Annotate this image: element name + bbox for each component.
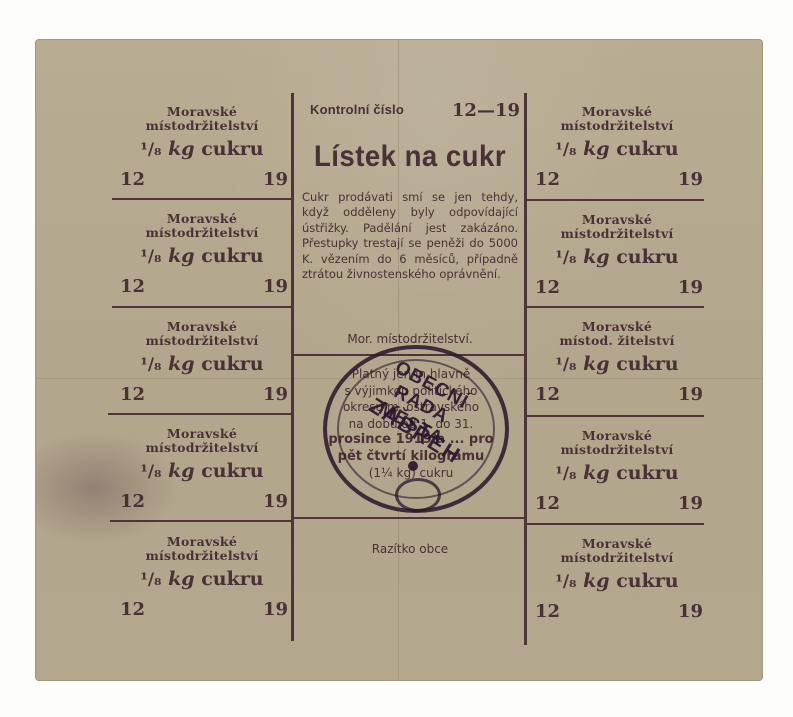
coupon-issuer-line2: místodržitelství [112, 333, 292, 348]
coupon-issuer-line2: místodržitelství [527, 118, 707, 133]
coupon-amount: ¹/₈ kg cukru [527, 138, 707, 160]
coupon-left-1[interactable]: Moravské místodržitelství ¹/₈ kg cukru 1… [112, 94, 292, 200]
card-title: Lístek na cukr [305, 140, 515, 174]
coupon-left-4[interactable]: Moravské místodržitelství ¹/₈ kg cukru 1… [112, 416, 292, 522]
coupon-issuer-line2: místodržitelství [112, 440, 292, 455]
coupon-number-right: 19 [678, 277, 703, 298]
coupon-issuer-line2: místodržitelství [112, 548, 292, 563]
coupon-number-right: 19 [678, 384, 703, 405]
coupon-issuer-line1: Moravské [112, 319, 292, 334]
coupon-amount: ¹/₈ kg cukru [112, 353, 292, 375]
control-number: 12—19 [452, 100, 520, 121]
coupon-amount: ¹/₈ kg cukru [112, 460, 292, 482]
coupon-left-3[interactable]: Moravské místodržitelství ¹/₈ kg cukru 1… [112, 309, 292, 415]
coupon-amount: ¹/₈ kg cukru [112, 138, 292, 160]
coupon-amount: ¹/₈ kg cukru [112, 245, 292, 267]
coupon-number-right: 19 [678, 169, 703, 190]
coupon-issuer-line1: Moravské [527, 536, 707, 551]
coupon-issuer-line1: Moravské [112, 426, 292, 441]
coupon-number-left: 12 [535, 601, 560, 622]
coupon-amount: ¹/₈ kg cukru [112, 568, 292, 590]
coupon-number-left: 12 [535, 169, 560, 190]
coupon-amount: ¹/₈ kg cukru [527, 353, 707, 375]
coupon-number-right: 19 [678, 493, 703, 514]
coupon-issuer-line1: Moravské [527, 428, 707, 443]
coupon-issuer-line2: místodržitelství [527, 226, 707, 241]
coupon-number-right: 19 [678, 601, 703, 622]
coupon-amount: ¹/₈ kg cukru [527, 570, 707, 592]
coupon-left-5[interactable]: Moravské místodržitelství ¹/₈ kg cukru 1… [112, 524, 292, 630]
coupon-issuer-line2: místodržitelství [527, 442, 707, 457]
control-number-label: Kontrolní číslo [310, 102, 404, 117]
coupon-issuer-line1: Moravské [527, 319, 707, 334]
coupon-right-4[interactable]: Moravské místodržitelství ¹/₈ kg cukru 1… [527, 418, 707, 524]
coupon-issuer-line2: místodržitelství [112, 118, 292, 133]
coupon-number-right: 19 [263, 276, 288, 297]
rules-text: Cukr prodávati smí se jen tehdy, když od… [302, 190, 518, 282]
coupon-number-left: 12 [120, 276, 145, 297]
coupon-number-left: 12 [120, 491, 145, 512]
coupon-right-3[interactable]: Moravské místod. žitelství ¹/₈ kg cukru … [527, 309, 707, 415]
coupon-left-2[interactable]: Moravské místodržitelství ¹/₈ kg cukru 1… [112, 201, 292, 307]
coupon-number-left: 12 [535, 493, 560, 514]
coupon-issuer-line1: Moravské [112, 211, 292, 226]
coupon-issuer-line1: Moravské [527, 212, 707, 227]
coupon-right-1[interactable]: Moravské místodržitelství ¹/₈ kg cukru 1… [527, 94, 707, 200]
coupon-issuer-line1: Moravské [112, 104, 292, 119]
coupon-issuer-line2: místodržitelství [527, 550, 707, 565]
coupon-amount: ¹/₈ kg cukru [527, 462, 707, 484]
coupon-issuer-line2: místod. žitelství [527, 333, 707, 348]
coupon-number-left: 12 [535, 384, 560, 405]
center-divider-lower [293, 517, 526, 519]
coupon-right-2[interactable]: Moravské místodržitelství ¹/₈ kg cukru 1… [527, 202, 707, 308]
coupon-number-left: 12 [120, 169, 145, 190]
coupon-number-right: 19 [263, 491, 288, 512]
coupon-issuer-line2: místodržitelství [112, 225, 292, 240]
coupon-amount: ¹/₈ kg cukru [527, 246, 707, 268]
coupon-number-left: 12 [120, 384, 145, 405]
issuing-authority: Mor. místodržitelství. [296, 332, 524, 346]
coupon-number-right: 19 [263, 599, 288, 620]
coupon-number-right: 19 [263, 384, 288, 405]
right-divider-3 [526, 415, 704, 417]
municipal-stamp-label: Razítko obce [296, 542, 524, 556]
coupon-right-5[interactable]: Moravské místodržitelství ¹/₈ kg cukru 1… [527, 526, 707, 632]
stamp-emblem-icon [395, 478, 441, 512]
coupon-number-left: 12 [120, 599, 145, 620]
coupon-issuer-line1: Moravské [112, 534, 292, 549]
coupon-issuer-line1: Moravské [527, 104, 707, 119]
coupon-number-left: 12 [535, 277, 560, 298]
coupon-number-right: 19 [263, 169, 288, 190]
stamp-dot-icon [408, 461, 418, 471]
